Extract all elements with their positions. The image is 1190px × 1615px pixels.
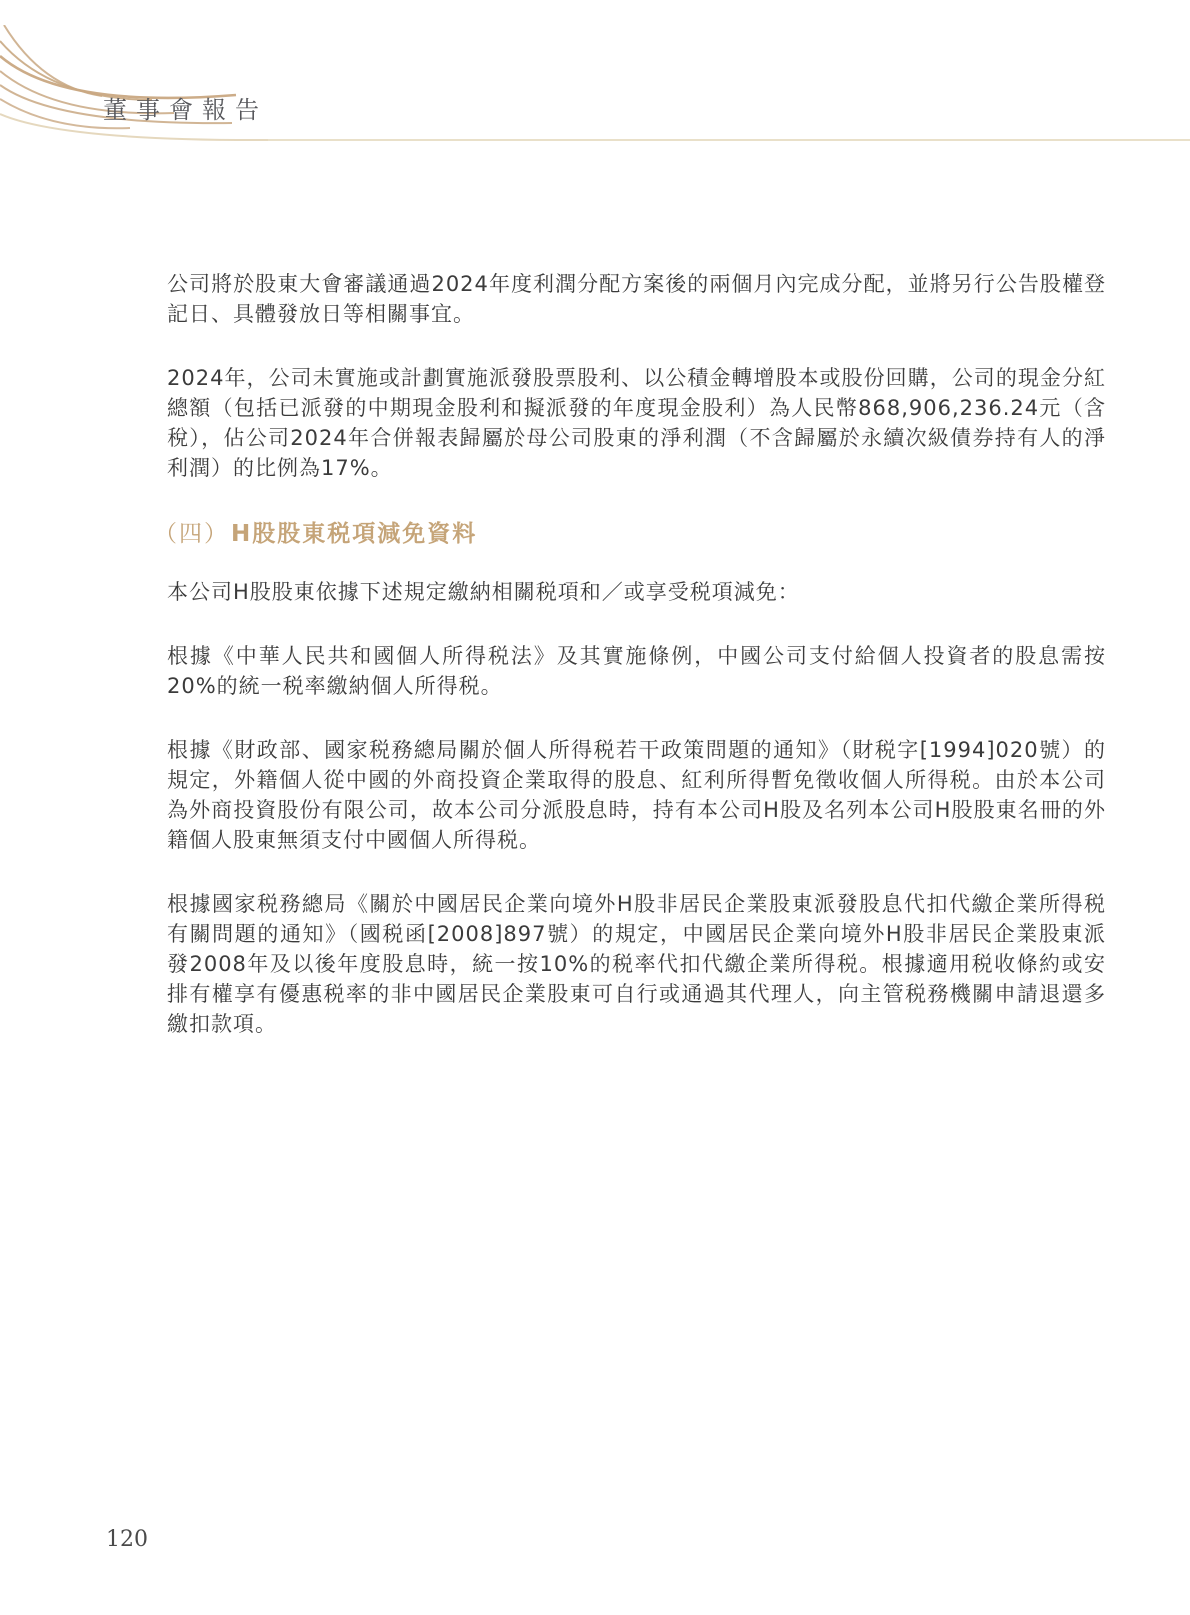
paragraph-dividend-completion: 公司將於股東大會審議通過2024年度利潤分配方案後的兩個月內完成分配，並將另行公… [167, 269, 1106, 329]
paragraph-cash-dividend-total: 2024年，公司未實施或計劃實施派發股票股利、以公積金轉增股本或股份回購，公司的… [167, 363, 1106, 483]
paragraph-individual-income-tax: 根據《中華人民共和國個人所得税法》及其實施條例，中國公司支付給個人投資者的股息需… [167, 641, 1106, 701]
paragraph-enterprise-withholding-tax: 根據國家税務總局《關於中國居民企業向境外H股非居民企業股東派發股息代扣代繳企業所… [167, 889, 1106, 1039]
paragraph-tax-intro: 本公司H股股東依據下述規定繳納相關税項和／或享受税項減免： [167, 577, 1106, 607]
section-title: H股股東税項減免資料 [231, 521, 477, 547]
page-number: 120 [106, 1527, 148, 1552]
section-heading: （四）H股股東税項減免資料 [154, 517, 1106, 551]
section-number: （四） [154, 521, 229, 547]
paragraph-foreign-individual-exemption: 根據《財政部、國家税務總局關於個人所得税若干政策問題的通知》（財税字[1994]… [167, 735, 1106, 855]
content-area: 公司將於股東大會審議通過2024年度利潤分配方案後的兩個月內完成分配，並將另行公… [154, 0, 1106, 1073]
document-page: 董事會報告 公司將於股東大會審議通過2024年度利潤分配方案後的兩個月內完成分配… [0, 0, 1190, 1615]
